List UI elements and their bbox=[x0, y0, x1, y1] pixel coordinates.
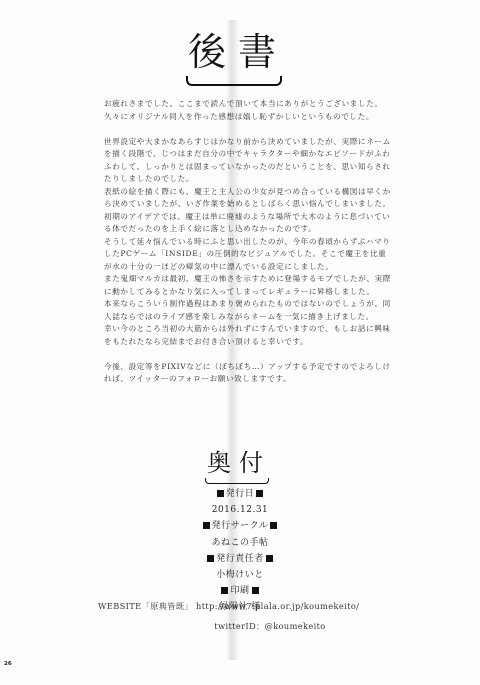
paragraph: 久々にオリジナル同人を作った感想は嬉し恥ずかしいというものでした。 bbox=[104, 111, 394, 124]
title-glyph-1: 後 bbox=[188, 28, 226, 76]
colophon-circle: あねこの手帖 bbox=[160, 535, 320, 551]
page-number: 26 bbox=[4, 661, 12, 667]
afterword-title-seal: 後 書 bbox=[186, 28, 282, 86]
paragraph: 世界設定や大まかなあらすじはかなり前から決めていましたが、実際にネームを描く段階… bbox=[104, 136, 394, 186]
colophon: 発行日 2016.12.31 発行サークル あねこの手帖 発行責任者 小梅けいと… bbox=[160, 486, 320, 616]
twitter-id[interactable]: twitterID：@koumekeito bbox=[98, 620, 398, 632]
seal-base-line bbox=[205, 478, 269, 484]
paragraph: 今後、設定等をPIXIVなどに（ぼちぼち…）アップする予定ですのでよろしければ、… bbox=[104, 361, 394, 386]
colophon-heading-printer: 印刷 bbox=[160, 583, 320, 599]
colophon-heading-circle: 発行サークル bbox=[160, 518, 320, 534]
colophon-glyph-2: 付 bbox=[239, 448, 263, 478]
paragraph-gap bbox=[104, 123, 394, 136]
colophon-publisher: 小梅けいと bbox=[160, 567, 320, 583]
website-url[interactable]: http://www7.plala.or.jp/koumekeito/ bbox=[196, 601, 359, 611]
colophon-title-seal: 奥 付 bbox=[205, 448, 269, 484]
afterword-page: 後 書 お疲れさまでした。ここまで読んで頂いて本当にありがとうございました。 久… bbox=[0, 0, 480, 685]
paragraph: また鬼畑マルカは最初、魔王の怖さを示すために登場するモブでしたが、実際に動かして… bbox=[104, 273, 394, 298]
colophon-heading-date: 発行日 bbox=[160, 486, 320, 502]
title-glyph-2: 書 bbox=[238, 28, 276, 76]
seal-base-line bbox=[186, 76, 282, 86]
paragraph: 初期のアイデアでは、魔王は単に廃墟のような場所で大木のように息づいている体でだっ… bbox=[104, 211, 394, 236]
contact-links: WEBSITE「原典皆既」 http://www7.plala.or.jp/ko… bbox=[98, 600, 398, 632]
afterword-body: お疲れさまでした。ここまで読んで頂いて本当にありがとうございました。 久々にオリ… bbox=[104, 98, 394, 386]
paragraph: そうして延々悩んでいる時にふと思い出したのが、今年の春頃からずぶハマりしたPCゲ… bbox=[104, 236, 394, 274]
paragraph: 本来ならこういう制作過程はあまり褒められたものではないのでしょうが、同人誌ならで… bbox=[104, 298, 394, 323]
paragraph-gap bbox=[104, 348, 394, 361]
paragraph: お疲れさまでした。ここまで読んで頂いて本当にありがとうございました。 bbox=[104, 98, 394, 111]
colophon-date: 2016.12.31 bbox=[160, 502, 320, 518]
paragraph: 表紙の絵を描く際にも、魔王と主人公の少女が見つめ合っている構図は早くから決めてい… bbox=[104, 186, 394, 211]
paragraph: 幸い今のところ当初の大筋からは外れずにすんでいますので、もしお話に興味をもたれた… bbox=[104, 323, 394, 348]
website-label: WEBSITE「原典皆既」 bbox=[98, 601, 193, 611]
colophon-glyph-1: 奥 bbox=[207, 448, 231, 478]
colophon-heading-publisher: 発行責任者 bbox=[160, 551, 320, 567]
